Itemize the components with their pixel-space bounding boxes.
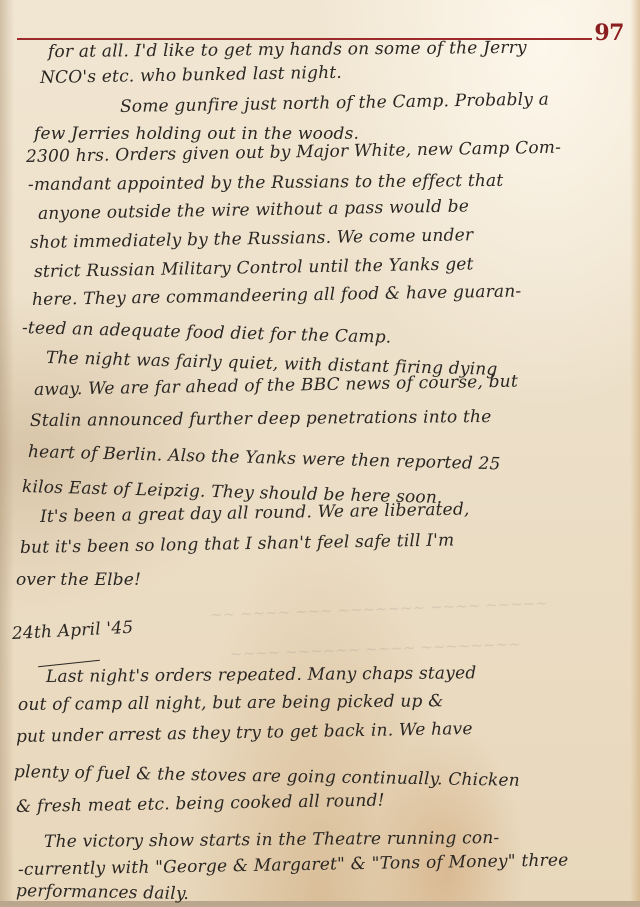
handwritten-line: heart of Berlin. Also the Yanks were the… (28, 442, 501, 474)
handwritten-line: The victory show starts in the Theatre r… (44, 828, 500, 852)
handwritten-line: -teed an adequate food diet for the Camp… (22, 318, 392, 348)
handwritten-line: plenty of fuel & the stoves are going co… (14, 762, 520, 791)
handwritten-line: but it's been so long that I shan't feel… (20, 530, 455, 558)
bleed-through-text: ~~ ~~~~ ~~~ ~~~~~~~ ~~~~ ~~~~~ (210, 594, 548, 624)
handwritten-line: anyone outside the wire without a pass w… (38, 196, 469, 224)
handwritten-line: shot immediately by the Russians. We com… (30, 225, 474, 253)
handwritten-line: for at all. I'd like to get my hands on … (48, 38, 527, 62)
handwritten-line: It's been a great day all round. We are … (40, 500, 470, 527)
handwritten-line: Last night's orders repeated. Many chaps… (46, 663, 477, 687)
bleed-through-text: ~~~~ ~~~~~~ ~~~~ ~~~~~~~~ (230, 635, 521, 663)
handwritten-line: few Jerries holding out in the woods. (34, 124, 359, 144)
handwritten-line: & fresh meat etc. being cooked all round… (16, 791, 385, 817)
handwritten-line: NCO's etc. who bunked last night. (40, 63, 342, 88)
page-number: 97 (594, 20, 624, 46)
handwritten-line: strict Russian Military Control until th… (34, 254, 474, 282)
handwritten-line: -mandant appointed by the Russians to th… (28, 171, 504, 195)
handwritten-line: performances daily. (16, 881, 189, 904)
handwritten-line: away. We are far ahead of the BBC news o… (34, 372, 518, 400)
handwritten-line: -currently with "George & Margaret" & "T… (18, 850, 569, 880)
handwritten-line: put under arrest as they try to get back… (16, 719, 473, 747)
page-edge (630, 0, 640, 907)
entry-date-heading: 24th April '45 (11, 618, 133, 644)
handwritten-line: Some gunfire just north of the Camp. Pro… (120, 90, 549, 117)
handwritten-line: Stalin announced further deep penetratio… (30, 407, 492, 431)
diary-page: ~~ ~~~~ ~~~ ~~~~~~~ ~~~~ ~~~~~ ~~~~ ~~~~… (0, 0, 640, 907)
handwritten-line: out of camp all night, but are being pic… (18, 691, 444, 715)
handwritten-line: over the Elbe! (16, 570, 141, 590)
handwritten-line: here. They are commandeering all food & … (32, 281, 522, 310)
binding-shadow (0, 0, 14, 907)
